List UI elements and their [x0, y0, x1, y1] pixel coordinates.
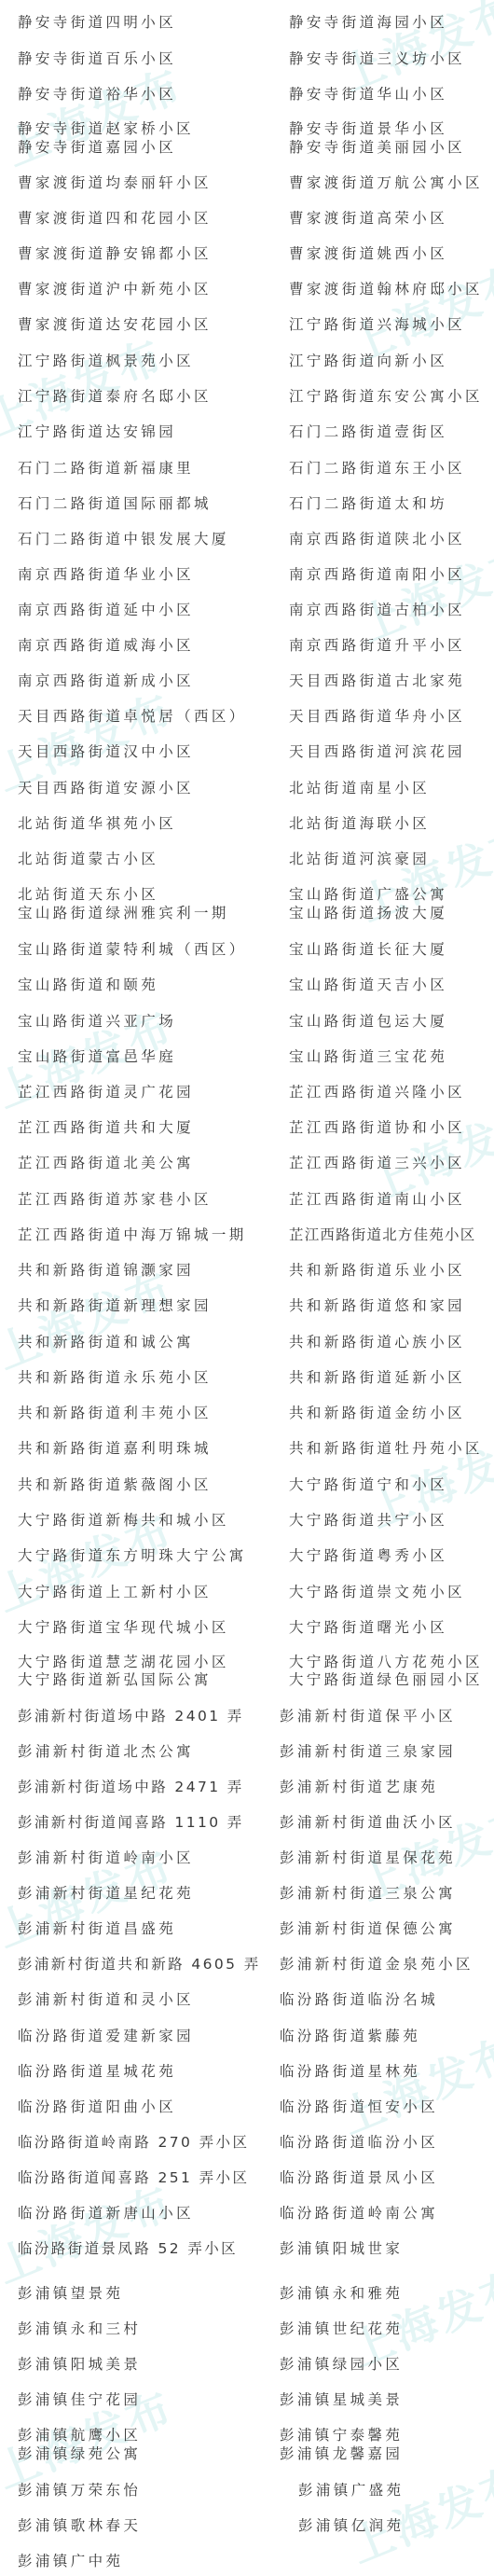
- list-row: 临汾路街道阳曲小区临汾路街道恒安小区: [0, 2098, 494, 2118]
- list-row: 大宁路街道东方明珠大宁公寓大宁路街道粤秀小区: [0, 1546, 494, 1567]
- community-name-left: 大宁路街道上工新村小区: [18, 1583, 212, 1601]
- community-name-left: 临汾路街道星城花苑: [18, 2062, 176, 2081]
- community-name-left: 临汾路街道景凤路 52 弄小区: [18, 2239, 238, 2258]
- community-name-left: 共和新路街道利丰苑小区: [18, 1404, 212, 1422]
- list-row: 江宁路街道泰府名邸小区江宁路街道东安公寓小区: [0, 387, 494, 408]
- list-row: 芷江西路街道北美公寓芷江西路街道三兴小区: [0, 1154, 494, 1174]
- list-row: 静安寺街道四明小区静安寺街道海园小区: [0, 13, 494, 34]
- community-name-left: 曹家渡街道沪中新苑小区: [18, 280, 212, 298]
- community-name-right: 大宁路街道曙光小区: [289, 1618, 447, 1637]
- list-row: 宝山路街道和颐苑宝山路街道天吉小区: [0, 976, 494, 996]
- community-name-right: 共和新路街道延新小区: [289, 1368, 465, 1387]
- community-name-right: 彭浦新村街道三泉家园: [280, 1742, 456, 1761]
- community-name-left: 静安寺街道裕华小区: [18, 85, 176, 104]
- community-name-right: 静安寺街道景华小区: [289, 119, 447, 138]
- list-row: 南京西路街道华业小区南京西路街道南阳小区: [0, 565, 494, 586]
- list-row: 大宁路街道新弘国际公寓大宁路街道绿色丽园小区: [0, 1670, 494, 1691]
- community-name-left: 共和新路街道永乐苑小区: [18, 1368, 212, 1387]
- community-name-left: 天目西路街道卓悦居（西区）: [18, 707, 247, 726]
- community-name-left: 静安寺街道四明小区: [18, 13, 176, 32]
- list-row: 南京西路街道延中小区南京西路街道古柏小区: [0, 601, 494, 621]
- list-row: 石门二路街道中银发展大厦南京西路街道陕北小区: [0, 530, 494, 550]
- community-name-right: 临汾路街道岭南公寓: [280, 2204, 438, 2223]
- community-name-right: 南京西路街道南阳小区: [289, 565, 465, 584]
- community-name-right: 彭浦新村街道艺康苑: [280, 1778, 438, 1796]
- community-name-left: 石门二路街道国际丽都城: [18, 494, 212, 513]
- list-row: 天目西路街道卓悦居（西区）天目西路街道华舟小区: [0, 707, 494, 727]
- list-row: 彭浦镇万荣东怡彭浦镇广盛苑: [0, 2481, 494, 2501]
- community-name-right: 共和新路街道心族小区: [289, 1333, 465, 1351]
- community-name-left: 彭浦镇广中苑: [18, 2552, 123, 2570]
- community-name-right: 彭浦新村街道金泉苑小区: [280, 1955, 473, 1974]
- community-name-right: 芷江西路街道协和小区: [289, 1118, 465, 1137]
- community-name-left: 南京西路街道威海小区: [18, 636, 194, 655]
- list-row: 芷江西路街道中海万锦城一期芷江西路街道北方佳苑小区: [0, 1226, 494, 1246]
- community-name-right: 大宁路街道共宁小区: [289, 1511, 447, 1530]
- community-name-right: 宝山路街道包运大厦: [289, 1012, 447, 1031]
- community-name-right: 宝山路街道长征大厦: [289, 940, 447, 959]
- list-row: 彭浦新村街道和灵小区临汾路街道临汾名城: [0, 1990, 494, 2011]
- community-name-left: 宝山路街道兴亚广场: [18, 1012, 176, 1031]
- community-name-right: 石门二路街道东王小区: [289, 459, 465, 478]
- community-name-right: 临汾路街道景凤小区: [280, 2168, 438, 2187]
- community-name-right: 彭浦镇宁泰馨苑: [280, 2426, 403, 2444]
- community-name-left: 静安寺街道嘉园小区: [18, 138, 176, 157]
- community-name-left: 共和新路街道和诚公寓: [18, 1333, 194, 1351]
- community-name-right: 南京西路街道陕北小区: [289, 530, 465, 548]
- community-name-left: 江宁路街道枫景苑小区: [18, 352, 194, 370]
- community-name-left: 北站街道华祺苑小区: [18, 814, 176, 833]
- community-name-left: 共和新路街道嘉利明珠城: [18, 1439, 212, 1458]
- community-name-right: 临汾路街道临汾名城: [280, 1990, 438, 2009]
- community-name-left: 彭浦镇佳宁花园: [18, 2390, 141, 2409]
- community-name-left: 彭浦新村街道场中路 2471 弄: [18, 1778, 244, 1796]
- list-row: 彭浦新村街道岭南小区彭浦新村街道星保花苑: [0, 1849, 494, 1869]
- community-name-left: 静安寺街道百乐小区: [18, 49, 176, 68]
- community-name-left: 宝山路街道绿洲雅宾利一期: [18, 904, 229, 922]
- list-row: 临汾路街道景凤路 52 弄小区彭浦镇阳城世家: [0, 2239, 494, 2260]
- community-name-left: 南京西路街道延中小区: [18, 601, 194, 619]
- community-name-right: 彭浦镇龙馨嘉园: [280, 2444, 403, 2463]
- community-name-left: 曹家渡街道四和花园小区: [18, 209, 212, 228]
- community-name-right: 静安寺街道三义坊小区: [289, 49, 465, 68]
- list-row: 天目西路街道汉中小区天目西路街道河滨花园: [0, 742, 494, 763]
- community-name-left: 芷江西路街道中海万锦城一期: [18, 1226, 247, 1244]
- community-name-right: 彭浦镇星城美景: [280, 2390, 403, 2409]
- community-name-right: 临汾路街道临汾小区: [280, 2133, 438, 2152]
- community-name-right: 彭浦新村街道保平小区: [280, 1707, 456, 1725]
- list-row: 天目西路街道安源小区北站街道南星小区: [0, 779, 494, 799]
- list-row: 北站街道华祺苑小区北站街道海联小区: [0, 814, 494, 835]
- community-name-left: 石门二路街道中银发展大厦: [18, 530, 229, 548]
- list-row: 彭浦镇佳宁花园彭浦镇星城美景: [0, 2390, 494, 2411]
- community-name-left: 共和新路街道锦灏家园: [18, 1261, 194, 1280]
- list-row: 彭浦新村街道闻喜路 1110 弄彭浦新村街道曲沃小区: [0, 1813, 494, 1834]
- community-name-left: 大宁路街道新弘国际公寓: [18, 1670, 212, 1689]
- community-name-left: 临汾路街道岭南路 270 弄小区: [18, 2133, 249, 2152]
- list-row: 共和新路街道锦灏家园共和新路街道乐业小区: [0, 1261, 494, 1281]
- community-name-left: 彭浦镇望景苑: [18, 2284, 123, 2303]
- community-name-right: 彭浦镇世纪花苑: [280, 2320, 403, 2338]
- list-row: 静安寺街道百乐小区静安寺街道三义坊小区: [0, 49, 494, 70]
- list-row: 曹家渡街道四和花园小区曹家渡街道高荣小区: [0, 209, 494, 229]
- list-row: 彭浦镇望景苑彭浦镇永和雅苑: [0, 2284, 494, 2305]
- community-name-left: 北站街道天东小区: [18, 885, 158, 904]
- community-name-right: 江宁路街道向新小区: [289, 352, 447, 370]
- community-name-right: 芷江西路街道三兴小区: [289, 1154, 465, 1172]
- list-row: 共和新路街道永乐苑小区共和新路街道延新小区: [0, 1368, 494, 1389]
- community-name-left: 彭浦新村街道星纪花苑: [18, 1884, 194, 1903]
- list-row: 南京西路街道新成小区天目西路街道古北家苑: [0, 672, 494, 692]
- community-name-left: 大宁路街道东方明珠大宁公寓: [18, 1546, 247, 1565]
- community-name-left: 曹家渡街道达安花园小区: [18, 315, 212, 334]
- list-row: 宝山路街道绿洲雅宾利一期宝山路街道扬波大厦: [0, 904, 494, 924]
- community-name-right: 彭浦镇亿润苑: [298, 2516, 404, 2535]
- list-row: 彭浦镇绿苑公寓彭浦镇龙馨嘉园: [0, 2444, 494, 2465]
- list-row: 大宁路街道宝华现代城小区大宁路街道曙光小区: [0, 1618, 494, 1639]
- community-name-right: 大宁路街道粤秀小区: [289, 1546, 447, 1565]
- list-row: 宝山路街道蒙特利城（西区）宝山路街道长征大厦: [0, 940, 494, 961]
- community-name-right: 大宁路街道崇文苑小区: [289, 1583, 465, 1601]
- community-name-right: 共和新路街道悠和家园: [289, 1296, 465, 1315]
- community-name-right: 江宁路街道兴海城小区: [289, 315, 465, 334]
- community-name-right: 彭浦镇广盛苑: [298, 2481, 404, 2500]
- list-row: 曹家渡街道沪中新苑小区曹家渡街道翰林府邸小区: [0, 280, 494, 300]
- community-name-left: 临汾路街道闻喜路 251 弄小区: [18, 2168, 249, 2187]
- list-row: 静安寺街道裕华小区静安寺街道华山小区: [0, 85, 494, 105]
- community-name-left: 临汾路街道阳曲小区: [18, 2098, 176, 2116]
- community-name-left: 芷江西路街道共和大厦: [18, 1118, 194, 1137]
- list-row: 石门二路街道国际丽都城石门二路街道太和坊: [0, 494, 494, 515]
- community-name-right: 南京西路街道升平小区: [289, 636, 465, 655]
- list-row: 大宁路街道上工新村小区大宁路街道崇文苑小区: [0, 1583, 494, 1603]
- community-name-right: 宝山路街道三宝花苑: [289, 1047, 447, 1066]
- list-row: 曹家渡街道达安花园小区江宁路街道兴海城小区: [0, 315, 494, 336]
- community-name-right: 芷江西路街道兴隆小区: [289, 1083, 465, 1101]
- list-row: 彭浦新村街道北杰公寓彭浦新村街道三泉家园: [0, 1742, 494, 1763]
- community-name-left: 芷江西路街道苏家巷小区: [18, 1190, 212, 1209]
- list-row: 江宁路街道达安锦园石门二路街道壹街区: [0, 422, 494, 443]
- list-row: 彭浦新村街道星纪花苑彭浦新村街道三泉公寓: [0, 1884, 494, 1904]
- list-row: 临汾路街道岭南路 270 弄小区临汾路街道临汾小区: [0, 2133, 494, 2154]
- community-name-right: 芷江西路街道南山小区: [289, 1190, 465, 1209]
- list-row: 彭浦镇歌林春天彭浦镇亿润苑: [0, 2516, 494, 2537]
- list-row: 石门二路街道新福康里石门二路街道东王小区: [0, 459, 494, 479]
- community-name-left: 曹家渡街道均泰丽轩小区: [18, 173, 212, 192]
- community-name-right: 静安寺街道华山小区: [289, 85, 447, 104]
- list-row: 曹家渡街道静安锦都小区曹家渡街道姚西小区: [0, 244, 494, 265]
- community-name-left: 彭浦镇永和三村: [18, 2320, 141, 2338]
- community-name-left: 北站街道蒙古小区: [18, 850, 158, 868]
- community-name-left: 彭浦新村街道昌盛苑: [18, 1919, 176, 1938]
- community-name-right: 彭浦新村街道曲沃小区: [280, 1813, 456, 1832]
- community-name-right: 彭浦镇永和雅苑: [280, 2284, 403, 2303]
- list-row: 曹家渡街道均泰丽轩小区曹家渡街道万航公寓小区: [0, 173, 494, 194]
- community-name-right: 共和新路街道乐业小区: [289, 1261, 465, 1280]
- community-name-right: 天目西路街道古北家苑: [289, 672, 465, 690]
- community-name-right: 彭浦新村街道保德公寓: [280, 1919, 456, 1938]
- community-name-right: 大宁路街道绿色丽园小区: [289, 1670, 483, 1689]
- community-name-right: 曹家渡街道姚西小区: [289, 244, 447, 263]
- list-row: 彭浦镇广中苑: [0, 2552, 494, 2572]
- list-row: 大宁路街道新梅共和城小区大宁路街道共宁小区: [0, 1511, 494, 1531]
- list-row: 共和新路街道和诚公寓共和新路街道心族小区: [0, 1333, 494, 1353]
- community-name-left: 江宁路街道泰府名邸小区: [18, 387, 212, 406]
- list-row: 彭浦新村街道昌盛苑彭浦新村街道保德公寓: [0, 1919, 494, 1940]
- list-row: 临汾路街道星城花苑临汾路街道星林苑: [0, 2062, 494, 2083]
- community-name-left: 临汾路街道新唐山小区: [18, 2204, 194, 2223]
- community-name-right: 宝山路街道天吉小区: [289, 976, 447, 994]
- list-row: 北站街道天东小区宝山路街道广盛公寓: [0, 885, 494, 906]
- community-name-right: 石门二路街道壹街区: [289, 422, 447, 441]
- community-name-right: 宝山路街道扬波大厦: [289, 904, 447, 922]
- community-name-right: 共和新路街道金纺小区: [289, 1404, 465, 1422]
- community-name-left: 彭浦镇阳城美景: [18, 2355, 141, 2374]
- community-name-left: 彭浦新村街道闻喜路 1110 弄: [18, 1813, 244, 1832]
- community-name-right: 曹家渡街道翰林府邸小区: [289, 280, 483, 298]
- community-name-left: 彭浦镇歌林春天: [18, 2516, 141, 2535]
- community-name-right: 静安寺街道美丽园小区: [289, 138, 465, 157]
- list-row: 彭浦新村街道共和新路 4605 弄彭浦新村街道金泉苑小区: [0, 1955, 494, 1975]
- community-name-right: 共和新路街道牡丹苑小区: [289, 1439, 483, 1458]
- community-name-left: 静安寺街道赵家桥小区: [18, 119, 194, 138]
- community-name-right: 南京西路街道古柏小区: [289, 601, 465, 619]
- community-name-left: 彭浦新村街道北杰公寓: [18, 1742, 194, 1761]
- community-name-right: 临汾路街道恒安小区: [280, 2098, 438, 2116]
- community-name-left: 共和新路街道新理想家园: [18, 1296, 212, 1315]
- community-name-left: 宝山路街道和颐苑: [18, 976, 158, 994]
- list-row: 北站街道蒙古小区北站街道河滨豪园: [0, 850, 494, 870]
- community-name-right: 石门二路街道太和坊: [289, 494, 447, 513]
- community-name-right: 彭浦镇阳城世家: [280, 2239, 403, 2258]
- community-name-right: 彭浦镇绿园小区: [280, 2355, 403, 2374]
- community-name-left: 南京西路街道新成小区: [18, 672, 194, 690]
- community-name-right: 北站街道河滨豪园: [289, 850, 430, 868]
- community-name-left: 江宁路街道达安锦园: [18, 422, 176, 441]
- community-name-right: 芷江西路街道北方佳苑小区: [289, 1226, 475, 1244]
- community-name-left: 共和新路街道紫薇阁小区: [18, 1475, 212, 1494]
- list-row: 共和新路街道新理想家园共和新路街道悠和家园: [0, 1296, 494, 1317]
- community-name-left: 曹家渡街道静安锦都小区: [18, 244, 212, 263]
- community-name-left: 大宁路街道宝华现代城小区: [18, 1618, 229, 1637]
- list-row: 彭浦新村街道场中路 2401 弄彭浦新村街道保平小区: [0, 1707, 494, 1727]
- list-row: 共和新路街道紫薇阁小区大宁路街道宁和小区: [0, 1475, 494, 1496]
- community-name-left: 天目西路街道汉中小区: [18, 742, 194, 761]
- community-name-left: 宝山路街道富邑华庭: [18, 1047, 176, 1066]
- list-row: 芷江西路街道灵广花园芷江西路街道兴隆小区: [0, 1083, 494, 1103]
- community-name-left: 芷江西路街道灵广花园: [18, 1083, 194, 1101]
- list-row: 临汾路街道爱建新家园临汾路街道紫藤苑: [0, 2027, 494, 2047]
- community-name-right: 彭浦新村街道三泉公寓: [280, 1884, 456, 1903]
- community-name-left: 临汾路街道爱建新家园: [18, 2027, 194, 2045]
- list-row: 临汾路街道新唐山小区临汾路街道岭南公寓: [0, 2204, 494, 2224]
- community-name-left: 彭浦镇航鹰小区: [18, 2426, 141, 2444]
- community-name-right: 临汾路街道紫藤苑: [280, 2027, 420, 2045]
- list-row: 南京西路街道威海小区南京西路街道升平小区: [0, 636, 494, 657]
- community-name-right: 北站街道南星小区: [289, 779, 430, 797]
- list-row: 宝山路街道富邑华庭宝山路街道三宝花苑: [0, 1047, 494, 1068]
- community-name-left: 彭浦镇万荣东怡: [18, 2481, 141, 2500]
- community-name-right: 大宁路街道八方花苑小区: [289, 1653, 483, 1671]
- list-row: 静安寺街道嘉园小区静安寺街道美丽园小区: [0, 138, 494, 159]
- community-name-right: 曹家渡街道万航公寓小区: [289, 173, 483, 192]
- community-name-left: 芷江西路街道北美公寓: [18, 1154, 194, 1172]
- community-name-left: 彭浦新村街道岭南小区: [18, 1849, 194, 1867]
- list-row: 彭浦镇航鹰小区彭浦镇宁泰馨苑: [0, 2426, 494, 2446]
- community-name-right: 宝山路街道广盛公寓: [289, 885, 447, 904]
- community-name-right: 临汾路街道星林苑: [280, 2062, 420, 2081]
- list-row: 芷江西路街道苏家巷小区芷江西路街道南山小区: [0, 1190, 494, 1211]
- list-row: 临汾路街道闻喜路 251 弄小区临汾路街道景凤小区: [0, 2168, 494, 2189]
- list-row: 彭浦镇永和三村彭浦镇世纪花苑: [0, 2320, 494, 2340]
- community-name-right: 静安寺街道海园小区: [289, 13, 447, 32]
- community-name-right: 江宁路街道东安公寓小区: [289, 387, 483, 406]
- community-name-right: 彭浦新村街道星保花苑: [280, 1849, 456, 1867]
- community-name-left: 大宁路街道新梅共和城小区: [18, 1511, 229, 1530]
- community-name-left: 石门二路街道新福康里: [18, 459, 194, 478]
- list-row: 芷江西路街道共和大厦芷江西路街道协和小区: [0, 1118, 494, 1139]
- list-row: 江宁路街道枫景苑小区江宁路街道向新小区: [0, 352, 494, 372]
- residential-list-document: 上海发布上海发布上海发布上海发布上海发布上海发布上海发布上海发布上海发布上海发布…: [0, 0, 494, 2576]
- community-name-right: 曹家渡街道高荣小区: [289, 209, 447, 228]
- community-name-left: 天目西路街道安源小区: [18, 779, 194, 797]
- community-name-right: 北站街道海联小区: [289, 814, 430, 833]
- list-row: 彭浦镇阳城美景彭浦镇绿园小区: [0, 2355, 494, 2375]
- list-row: 宝山路街道兴亚广场宝山路街道包运大厦: [0, 1012, 494, 1032]
- watermark-text: 上海发布: [0, 51, 191, 178]
- list-row: 共和新路街道嘉利明珠城共和新路街道牡丹苑小区: [0, 1439, 494, 1460]
- community-name-left: 彭浦新村街道场中路 2401 弄: [18, 1707, 244, 1725]
- list-row: 共和新路街道利丰苑小区共和新路街道金纺小区: [0, 1404, 494, 1424]
- community-name-left: 南京西路街道华业小区: [18, 565, 194, 584]
- list-row: 彭浦新村街道场中路 2471 弄彭浦新村街道艺康苑: [0, 1778, 494, 1798]
- community-name-right: 天目西路街道华舟小区: [289, 707, 465, 726]
- list-row: 静安寺街道赵家桥小区静安寺街道景华小区: [0, 119, 494, 140]
- community-name-left: 宝山路街道蒙特利城（西区）: [18, 940, 247, 959]
- community-name-left: 彭浦新村街道共和新路 4605 弄: [18, 1955, 261, 1974]
- community-name-left: 彭浦镇绿苑公寓: [18, 2444, 141, 2463]
- community-name-right: 天目西路街道河滨花园: [289, 742, 465, 761]
- community-name-left: 大宁路街道慧芝湖花园小区: [18, 1653, 229, 1671]
- community-name-right: 大宁路街道宁和小区: [289, 1475, 447, 1494]
- community-name-left: 彭浦新村街道和灵小区: [18, 1990, 194, 2009]
